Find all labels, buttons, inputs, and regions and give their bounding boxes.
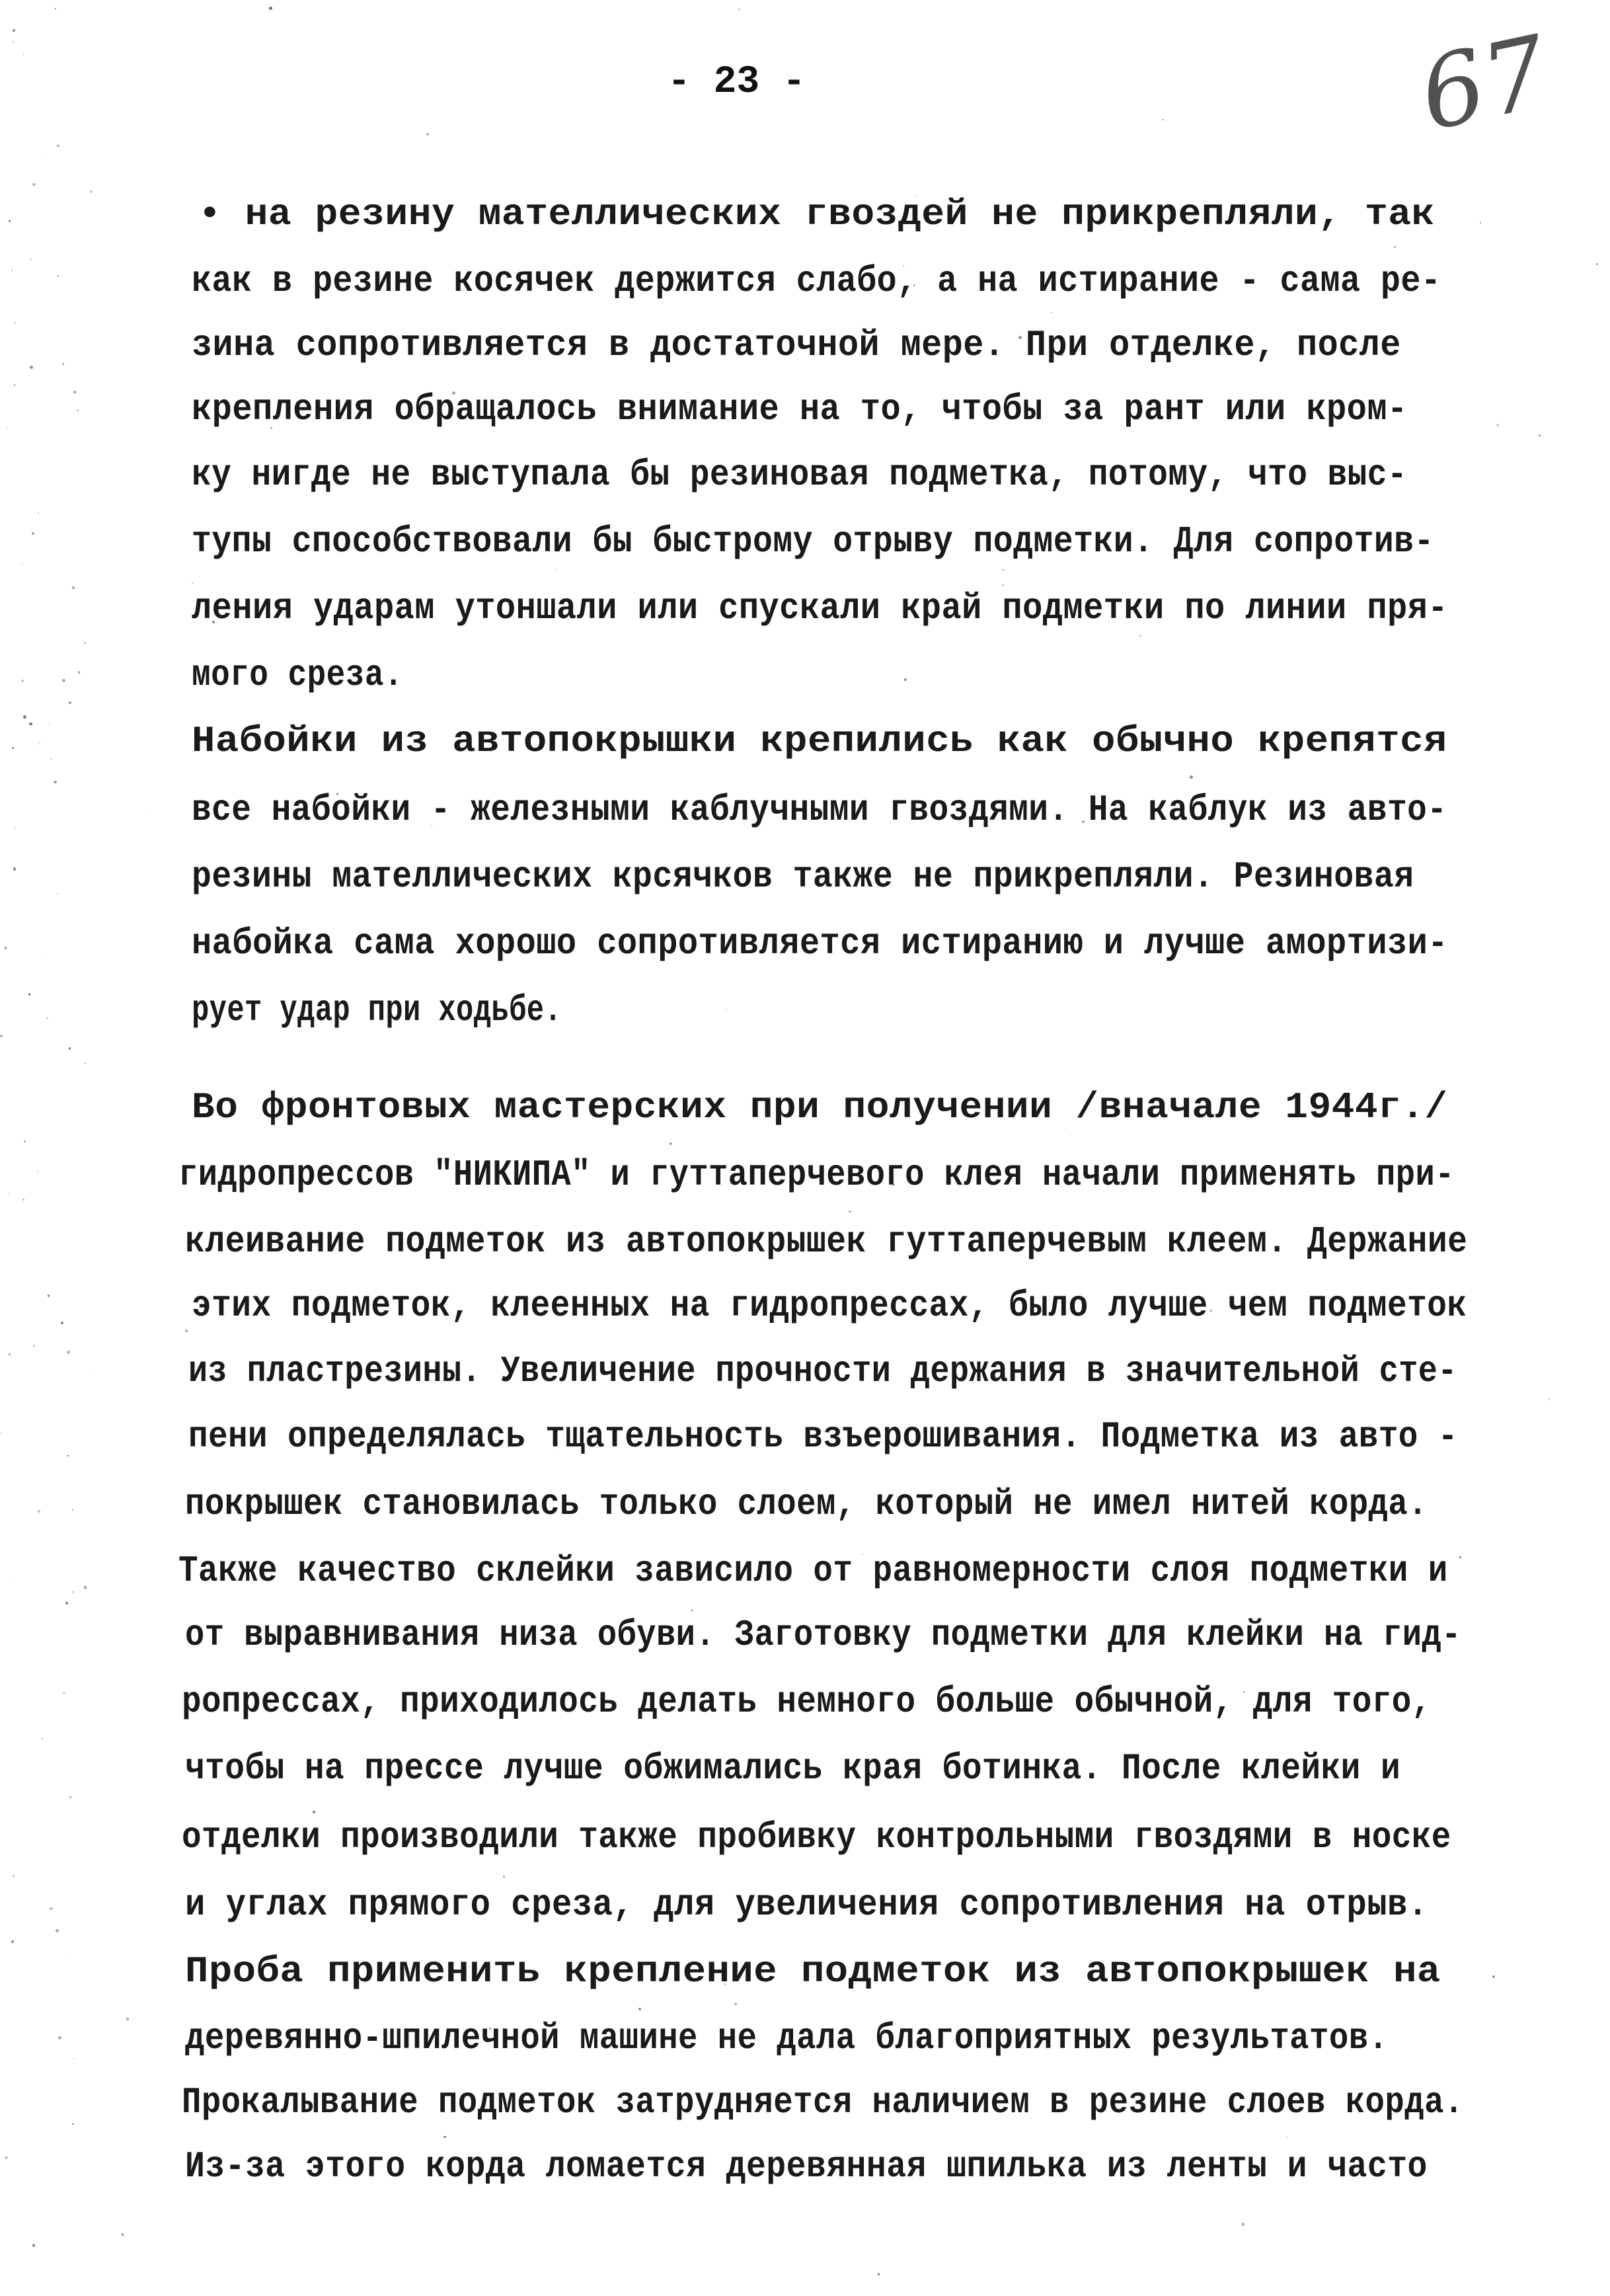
text-line: клеивание подметок из автопокрышек гутта… [185, 1220, 1467, 1263]
text-line: из пластрезины. Увеличение прочности дер… [188, 1350, 1457, 1392]
text-line: Из-за этого корда ломается деревянная шп… [185, 2145, 1428, 2188]
text-line: Во фронтовых мастерских при получении /в… [192, 1086, 1448, 1128]
text-line: мого среза. [192, 654, 403, 696]
document-page: - 23 - 67 • на резину мателлических гвоз… [0, 0, 1610, 2296]
text-line: Проба применить крепление подметок из ав… [185, 1950, 1441, 1993]
text-line: Также качество склейки зависило от равно… [178, 1550, 1448, 1592]
text-line: этих подметок, клеенных на гидропрессах,… [192, 1285, 1467, 1327]
text-line: ления ударам утоншали или спускали край … [192, 587, 1448, 629]
text-line: тупы способствовали бы быстрому отрыву п… [192, 520, 1434, 563]
text-line: и углах прямого среза, для увеличения со… [185, 1883, 1428, 1926]
handwritten-page-mark: 67 [1410, 15, 1558, 153]
text-line: Прокалывание подметок затрудняется налич… [182, 2081, 1464, 2123]
text-line: рует удар при ходьбе. [192, 989, 562, 1031]
text-line: крепления обращалось внимание на то, что… [192, 388, 1408, 430]
text-line: набойка сама хорошо сопротивляется истир… [192, 922, 1448, 965]
text-line: резины мателлических крсячков также не п… [192, 855, 1414, 898]
text-line: зина сопротивляется в достаточной мере. … [192, 324, 1401, 366]
text-line: деревянно-шпилечной машине не дала благо… [185, 2017, 1388, 2059]
page-number: - 23 - [668, 61, 806, 104]
text-line: • на резину мателлических гвоздей не при… [198, 193, 1435, 235]
text-line: отделки производили также пробивку контр… [182, 1816, 1451, 1858]
text-line: пени определялась тщательность взъерошив… [188, 1415, 1458, 1458]
text-line: Набойки из автопокрышки крепились как об… [192, 720, 1447, 762]
text-line: покрышек становилась только слоем, котор… [185, 1483, 1428, 1525]
text-line: все набойки - железными каблучными гвозд… [192, 789, 1447, 831]
text-line: от выравнивания низа обуви. Заготовку по… [185, 1614, 1461, 1656]
text-line: гидропрессов "НИКИПА" и гуттаперчевого к… [178, 1154, 1455, 1196]
text-line: ку нигде не выступала бы резиновая подме… [192, 454, 1407, 496]
text-line: чтобы на прессе лучше обжимались края бо… [185, 1747, 1400, 1790]
text-line: как в резине косячек держится слабо, а н… [192, 260, 1441, 302]
text-line: ропрессах, приходилось делать немного бо… [182, 1681, 1432, 1723]
